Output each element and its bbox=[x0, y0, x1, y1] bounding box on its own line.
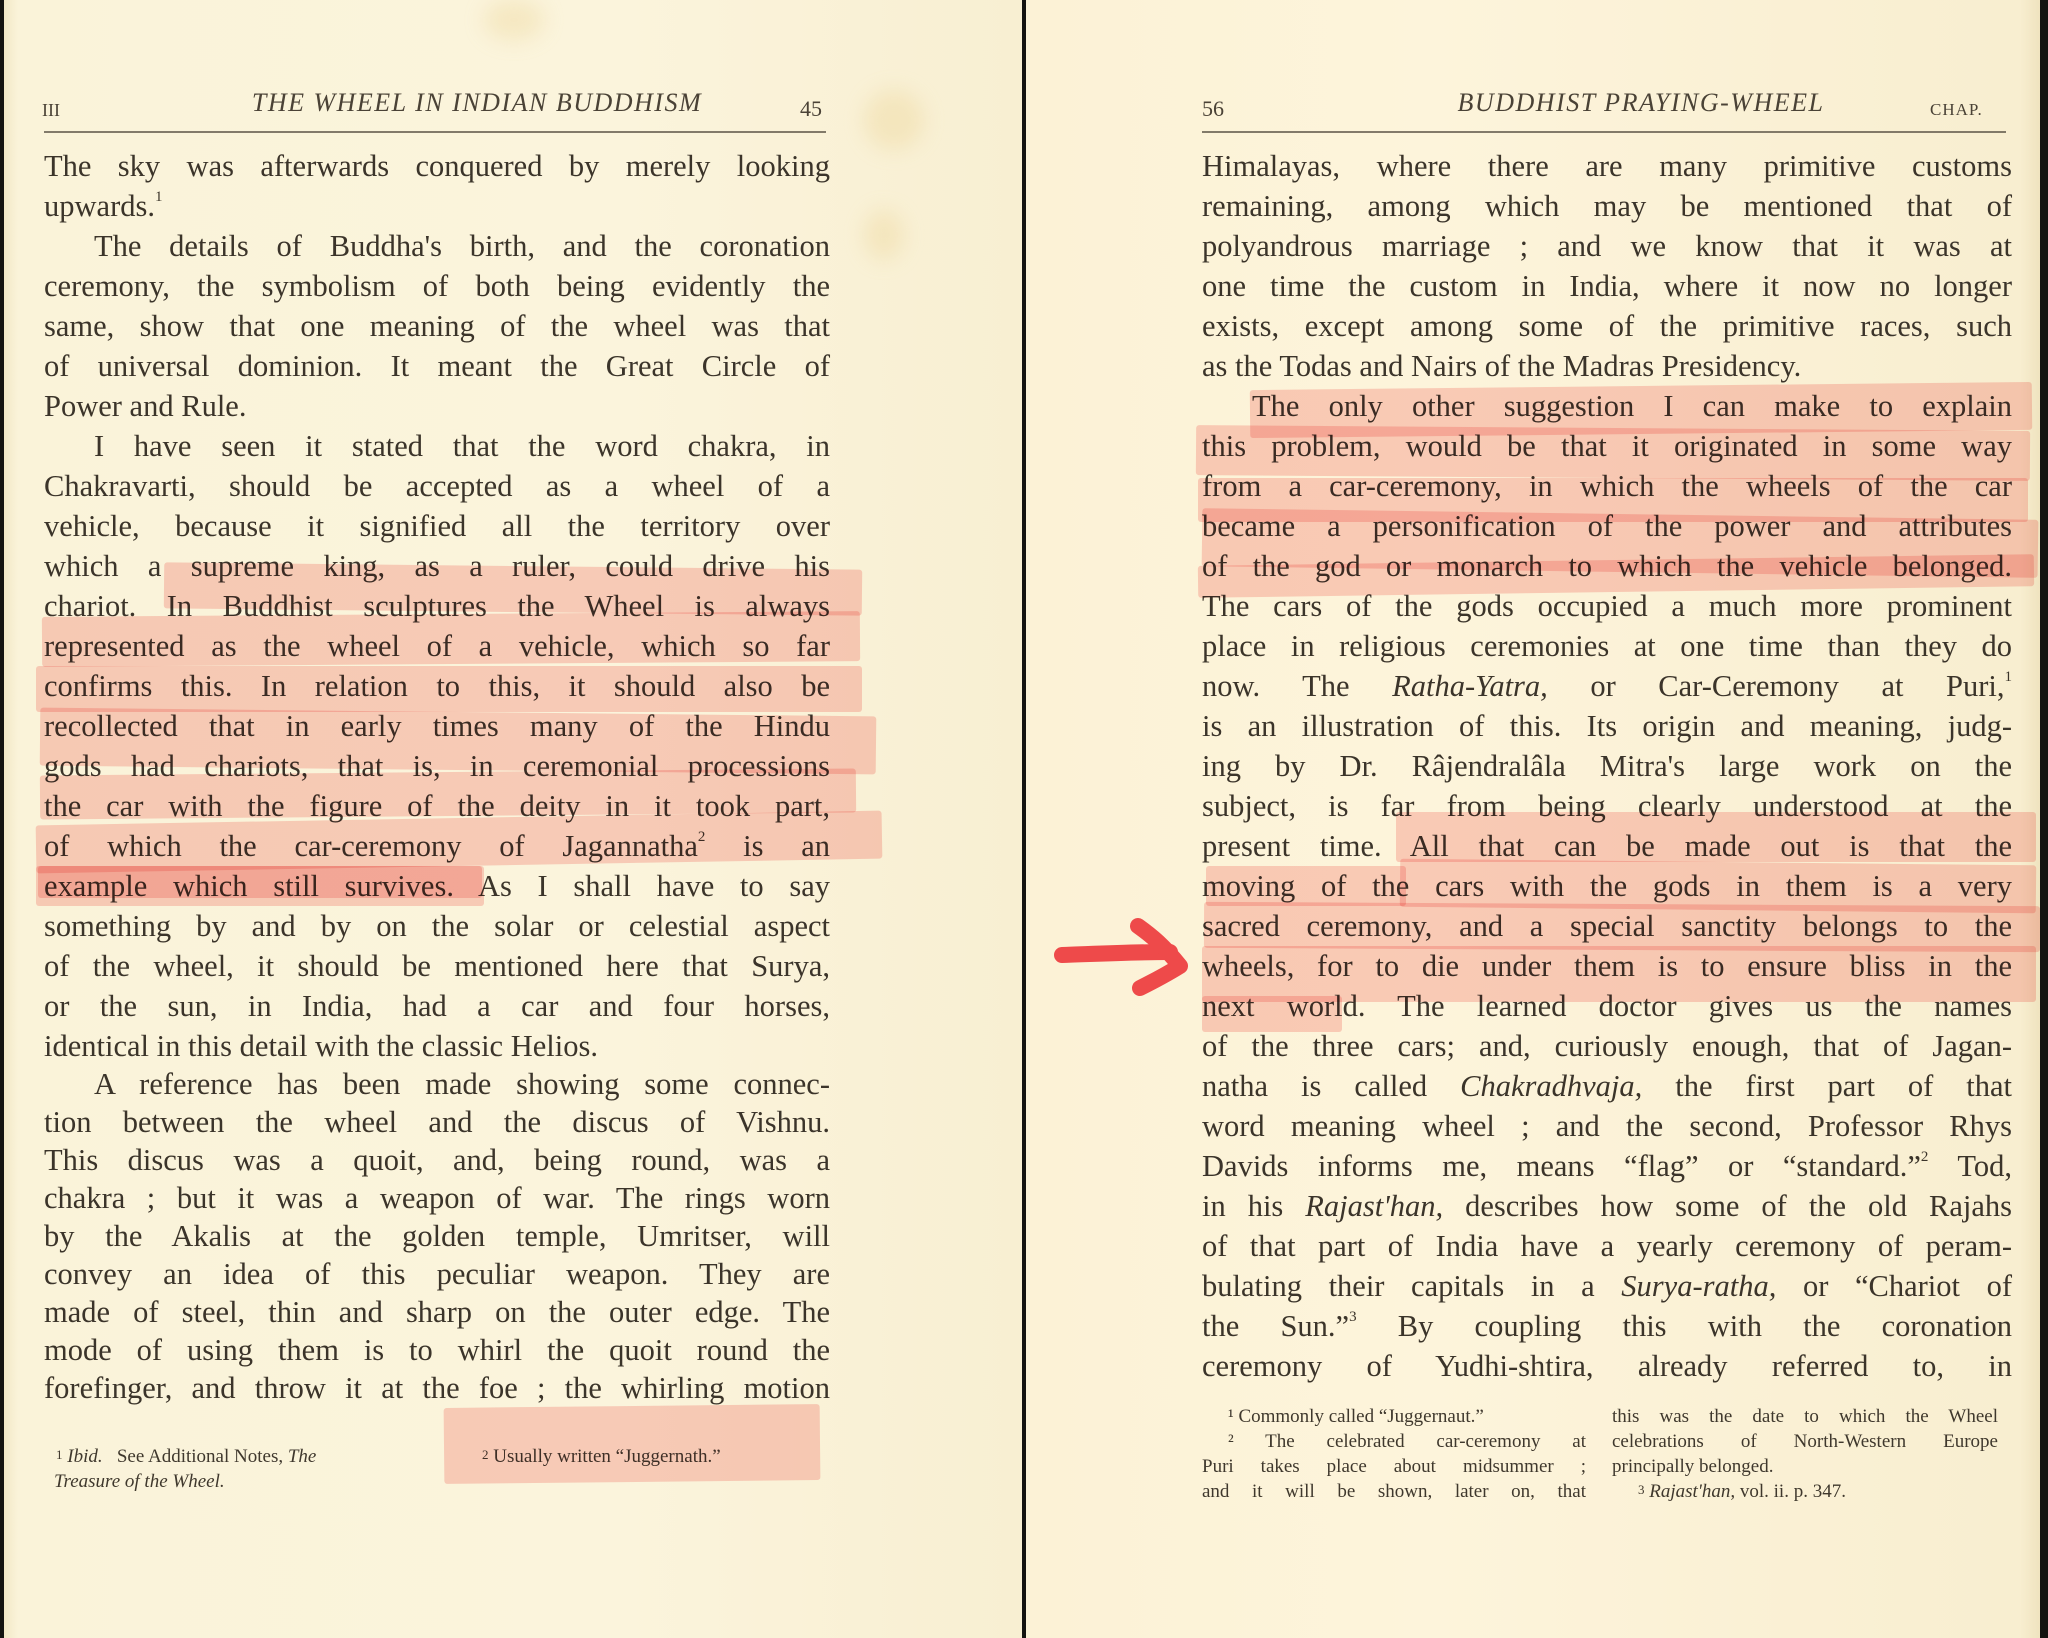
text-line: mode of using them is to whirl the quoit… bbox=[44, 1330, 830, 1370]
text-line: of the three cars; and, curiously enough… bbox=[1202, 1026, 2012, 1066]
text-line: exists, except among some of the primiti… bbox=[1202, 306, 2012, 346]
text-line: of universal dominion. It meant the Grea… bbox=[44, 346, 830, 386]
left-page: III THE WHEEL IN INDIAN BUDDHISM 45 The … bbox=[4, 0, 1022, 1638]
body-text: Himalayas, where there are many primitiv… bbox=[1202, 146, 2012, 1386]
text-line: convey an idea of this peculiar weapon. … bbox=[44, 1254, 830, 1294]
text-line: or the sun, in India, had a car and four… bbox=[44, 986, 830, 1026]
text-line: ceremony of Yudhi-shtira, already referr… bbox=[1202, 1346, 2012, 1386]
text-line: identical in this detail with the classi… bbox=[44, 1026, 830, 1066]
text-line: vehicle, because it signified all the te… bbox=[44, 506, 830, 546]
text-line: as the Todas and Nairs of the Madras Pre… bbox=[1202, 346, 2012, 386]
text-line: forefinger, and throw it at the foe ; th… bbox=[44, 1368, 830, 1408]
text-line: Chakravarti, should be accepted as a whe… bbox=[44, 466, 830, 506]
footnote-column-1: ¹ Commonly called “Juggernaut.” ² The ce… bbox=[1202, 1404, 1586, 1504]
text-line: A reference has been made showing some c… bbox=[44, 1064, 830, 1104]
text-line: made of steel, thin and sharp on the out… bbox=[44, 1292, 830, 1332]
right-page: 56 BUDDHIST PRAYING-WHEEL CHAP. Himalaya… bbox=[1026, 0, 2040, 1638]
text-line: Power and Rule. bbox=[44, 386, 830, 426]
text-line: The details of Buddha's birth, and the c… bbox=[44, 226, 830, 266]
text-line: remaining, among which may be mentioned … bbox=[1202, 186, 2012, 226]
header-rule bbox=[1202, 131, 2006, 133]
text-line: by the Akalis at the golden temple, Umri… bbox=[44, 1216, 830, 1256]
text-line: The sky was afterwards conquered by mere… bbox=[44, 146, 830, 186]
text-line: one time the custom in India, where it n… bbox=[1202, 266, 2012, 306]
highlight-annotation[interactable] bbox=[1204, 902, 2040, 952]
highlight-annotation[interactable] bbox=[40, 768, 856, 819]
page-number: 45 bbox=[800, 96, 822, 122]
footnote-3: 3 Rajast'han, vol. ii. p. 347. bbox=[1612, 1479, 1998, 1504]
text-line: natha is called Chakradhvaja, the first … bbox=[1202, 1066, 2012, 1106]
text-line: ceremony, the symbolism of both being ev… bbox=[44, 266, 830, 306]
running-head: 56 BUDDHIST PRAYING-WHEEL CHAP. bbox=[1026, 88, 2040, 128]
text-line: ing by Dr. Râjendralâla Mitra's large wo… bbox=[1202, 746, 2012, 786]
header-rule bbox=[44, 131, 826, 133]
text-line: same, show that one meaning of the wheel… bbox=[44, 306, 830, 346]
text-line: something by and by on the solar or cele… bbox=[44, 906, 830, 946]
highlight-annotation[interactable] bbox=[1202, 946, 2036, 1002]
footnote-column-2: this was the date to which the Wheel cel… bbox=[1612, 1404, 1998, 1504]
running-title: THE WHEEL IN INDIAN BUDDHISM bbox=[0, 88, 986, 118]
highlight-annotation[interactable] bbox=[42, 611, 860, 667]
running-head: III THE WHEEL IN INDIAN BUDDHISM 45 bbox=[4, 88, 1022, 128]
footnote-2: ² The celebrated car-ceremony at bbox=[1202, 1429, 1586, 1454]
highlight-annotation[interactable] bbox=[36, 866, 484, 906]
footnote-1: ¹ Commonly called “Juggernaut.” bbox=[1202, 1404, 1586, 1429]
highlight-annotation[interactable] bbox=[164, 562, 862, 615]
text-line: bulating their capitals in a Surya-ratha… bbox=[1202, 1266, 2012, 1306]
text-line: I have seen it stated that the word chak… bbox=[44, 426, 830, 466]
chapter-label: CHAP. bbox=[1930, 100, 1983, 120]
highlight-annotation[interactable] bbox=[1202, 996, 1342, 1032]
highlight-annotation[interactable] bbox=[1206, 866, 1406, 906]
text-line: word meaning wheel ; and the second, Pro… bbox=[1202, 1106, 2012, 1146]
text-line: upwards.1 bbox=[44, 186, 830, 226]
highlight-annotation[interactable] bbox=[1396, 812, 2036, 862]
text-line: polyandrous marriage ; and we know that … bbox=[1202, 226, 2012, 266]
text-line: Davids informs me, means “flag” or “stan… bbox=[1202, 1146, 2012, 1186]
text-line: now. The Ratha-Yatra, or Car-Ceremony at… bbox=[1202, 666, 2012, 706]
arrow-right-icon[interactable] bbox=[1052, 912, 1192, 1002]
highlight-annotation[interactable] bbox=[36, 666, 862, 712]
text-line: is an illustration of this. Its origin a… bbox=[1202, 706, 2012, 746]
text-line: of the wheel, it should be mentioned her… bbox=[44, 946, 830, 986]
text-line: tion between the wheel and the discus of… bbox=[44, 1102, 830, 1142]
text-line: the Sun.”3 By coupling this with the cor… bbox=[1202, 1306, 2012, 1346]
text-line: of that part of India have a yearly cere… bbox=[1202, 1226, 2012, 1266]
text-line: place in religious ceremonies at one tim… bbox=[1202, 626, 2012, 666]
highlight-annotation[interactable] bbox=[40, 708, 877, 775]
highlight-annotation[interactable] bbox=[1196, 425, 2030, 481]
text-line: Himalayas, where there are many primitiv… bbox=[1202, 146, 2012, 186]
text-line: This discus was a quoit, and, being roun… bbox=[44, 1140, 830, 1180]
text-line: in his Rajast'han, describes how some of… bbox=[1202, 1186, 2012, 1226]
highlight-annotation[interactable] bbox=[444, 1404, 821, 1484]
running-title: BUDDHIST PRAYING-WHEEL bbox=[1134, 88, 2048, 118]
text-line: chakra ; but it was a weapon of war. The… bbox=[44, 1178, 830, 1218]
